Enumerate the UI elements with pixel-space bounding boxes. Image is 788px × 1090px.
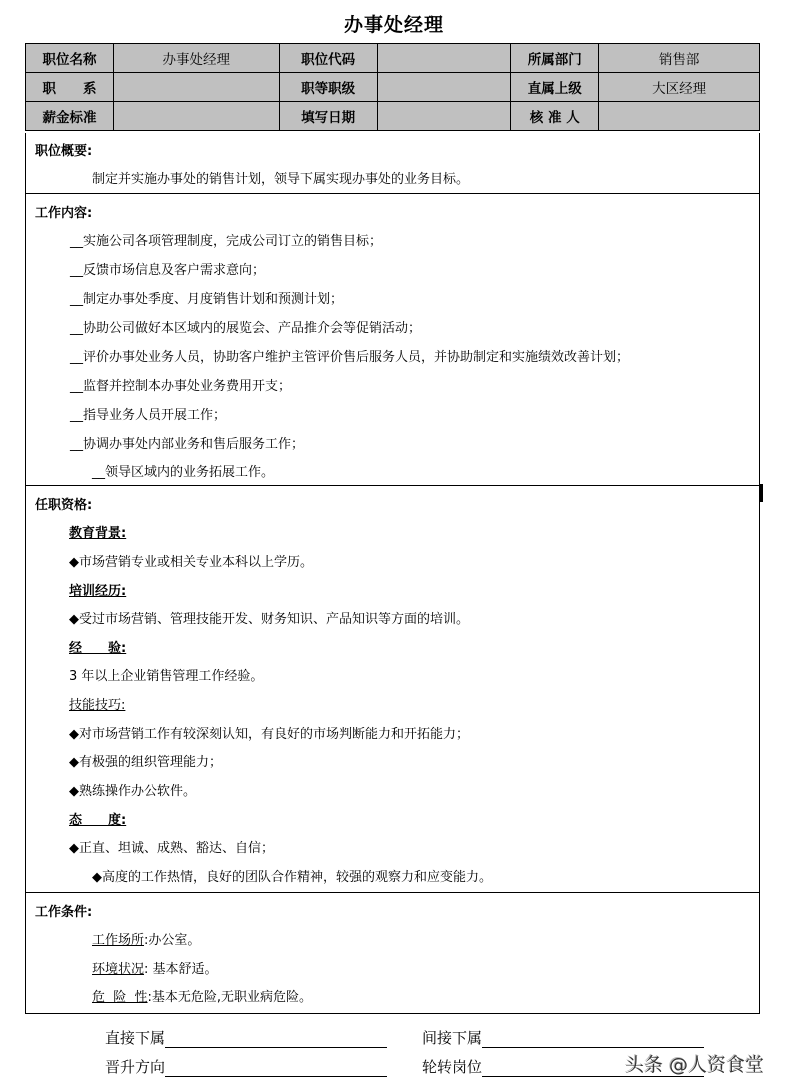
fill-date-label: 填写日期	[279, 102, 377, 131]
attitude-item: ◆高度的工作热情，良好的团队合作精神，较强的观察力和应变能力。	[92, 866, 492, 885]
approver-value[interactable]	[599, 102, 760, 131]
fill-date-value[interactable]	[377, 102, 511, 131]
workplace-line: 工作场所:办公室。	[92, 929, 200, 948]
header-info-table: 职位名称 办事处经理 职位代码 所属部门 销售部 职 系 职等职级 直属上级 大…	[25, 43, 760, 131]
duty-item: __反馈市场信息及客户需求意向；	[70, 259, 265, 278]
duty-item: __领导区域内的业务拓展工作。	[92, 461, 274, 480]
position-name-value[interactable]: 办事处经理	[113, 44, 279, 73]
department-value[interactable]: 销售部	[599, 44, 760, 73]
duties-heading: 工作内容:	[35, 202, 92, 221]
attitude-label: 态 度:	[69, 809, 126, 828]
direct-subordinate-field: 直接下属	[105, 1027, 387, 1048]
duty-item: __指导业务人员开展工作；	[70, 404, 226, 423]
conditions-section: 工作条件: 工作场所:办公室。 环境状况: 基本舒适。 危 险 性:基本无危险,…	[25, 892, 760, 1014]
summary-text: 制定并实施办事处的销售计划，领导下属实现办事处的业务目标。	[92, 168, 469, 187]
indirect-subordinate-field: 间接下属	[422, 1027, 704, 1048]
conditions-heading: 工作条件:	[35, 901, 92, 920]
skill-item: ◆对市场营销工作有较深刻认知，有良好的市场判断能力和开拓能力；	[69, 723, 469, 742]
supervisor-value[interactable]: 大区经理	[599, 73, 760, 102]
indirect-subordinate-input[interactable]	[482, 1031, 704, 1048]
grade-label: 职等职级	[279, 73, 377, 102]
salary-label: 薪金标准	[26, 102, 114, 131]
duty-item: __协助公司做好本区域内的展览会、产品推介会等促销活动；	[70, 317, 421, 336]
education-label: 教育背景:	[69, 522, 126, 541]
skills-label: 技能技巧:	[69, 694, 125, 713]
header-row: 薪金标准 填写日期 核 准 人	[26, 102, 760, 131]
risk-value: :基本无危险,无职业病危险。	[148, 990, 313, 1005]
skill-item: ◆熟练操作办公软件。	[69, 780, 196, 799]
qualifications-section: 任职资格: 教育背景: ◆市场营销专业或相关专业本科以上学历。 培训经历: ◆受…	[25, 485, 760, 893]
workplace-value: :办公室。	[144, 933, 200, 948]
duty-item: __评价办事处业务人员，协助客户维护主管评价售后服务人员，并协助制定和实施绩效改…	[70, 346, 629, 365]
grade-value[interactable]	[377, 73, 511, 102]
watermark: 头条 @人资食堂	[625, 1050, 764, 1077]
workplace-label: 工作场所	[92, 933, 144, 948]
department-label: 所属部门	[511, 44, 599, 73]
indirect-subordinate-label: 间接下属	[422, 1029, 482, 1047]
promotion-field: 晋升方向	[105, 1056, 387, 1077]
duty-item: __实施公司各项管理制度，完成公司订立的销售目标；	[70, 230, 382, 249]
environment-value: : 基本舒适。	[144, 962, 218, 977]
risk-label: 危 险 性	[92, 990, 148, 1005]
supervisor-label: 直属上级	[511, 73, 599, 102]
salary-value[interactable]	[113, 102, 279, 131]
duties-section: 工作内容: __实施公司各项管理制度，完成公司订立的销售目标； __反馈市场信息…	[25, 193, 760, 486]
promotion-input[interactable]	[165, 1060, 387, 1077]
duty-item: __监督并控制本办事处业务费用开支；	[70, 375, 291, 394]
summary-section: 职位概要: 制定并实施办事处的销售计划，领导下属实现办事处的业务目标。	[25, 133, 760, 194]
document-title: 办事处经理	[0, 10, 788, 37]
experience-label: 经 验:	[69, 637, 126, 656]
training-text: ◆受过市场营销、管理技能开发、财务知识、产品知识等方面的培训。	[69, 608, 469, 627]
environment-line: 环境状况: 基本舒适。	[92, 958, 218, 977]
direct-subordinate-input[interactable]	[165, 1031, 387, 1048]
qualifications-heading: 任职资格:	[35, 494, 92, 513]
text-cursor	[760, 484, 763, 502]
duty-item: __制定办事处季度、月度销售计划和预测计划；	[70, 288, 343, 307]
risk-line: 危 险 性:基本无危险,无职业病危险。	[92, 986, 312, 1005]
training-label: 培训经历:	[69, 580, 126, 599]
education-text: ◆市场营销专业或相关专业本科以上学历。	[69, 551, 313, 570]
attitude-item: ◆正直、坦诚、成熟、豁达、自信；	[69, 837, 274, 856]
header-row: 职 系 职等职级 直属上级 大区经理	[26, 73, 760, 102]
experience-text: 3 年以上企业销售管理工作经验。	[69, 665, 263, 684]
rotation-label: 轮转岗位	[422, 1058, 482, 1076]
position-name-label: 职位名称	[26, 44, 114, 73]
summary-heading: 职位概要:	[35, 140, 92, 159]
header-row: 职位名称 办事处经理 职位代码 所属部门 销售部	[26, 44, 760, 73]
environment-label: 环境状况	[92, 962, 144, 977]
position-code-label: 职位代码	[279, 44, 377, 73]
position-code-value[interactable]	[377, 44, 511, 73]
skill-item: ◆有极强的组织管理能力；	[69, 751, 222, 770]
direct-subordinate-label: 直接下属	[105, 1029, 165, 1047]
promotion-label: 晋升方向	[105, 1058, 165, 1076]
approver-label: 核 准 人	[511, 102, 599, 131]
job-family-label: 职 系	[26, 73, 114, 102]
duty-item: __协调办事处内部业务和售后服务工作；	[70, 433, 304, 452]
job-family-value[interactable]	[113, 73, 279, 102]
